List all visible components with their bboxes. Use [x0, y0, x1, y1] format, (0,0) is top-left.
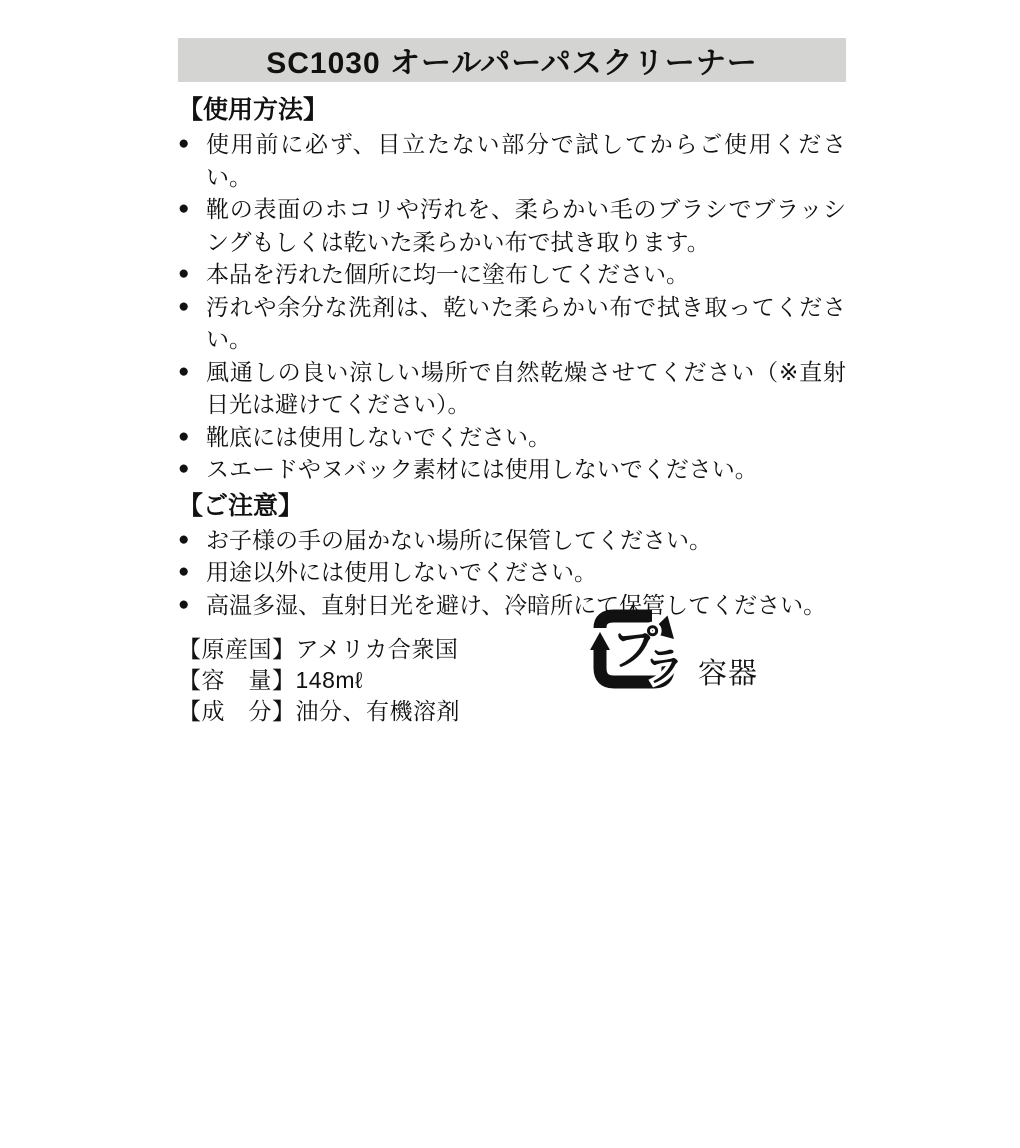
ingredients-label: 【成 分】: [178, 698, 296, 724]
info-line-ingredients: 【成 分】油分、有機溶剤: [178, 696, 846, 727]
bullet-icon: ●: [178, 128, 189, 161]
bullet-icon: ●: [178, 524, 189, 557]
usage-item: ●靴底には使用しないでください。: [178, 421, 846, 454]
caution-item: ●お子様の手の届かない場所に保管してください。: [178, 524, 846, 557]
usage-item: ●スエードやヌバック素材には使用しないでください。: [178, 453, 846, 486]
usage-item: ●靴の表面のホコリや汚れを、柔らかい毛のブラシでブラッシングもしくは乾いた柔らか…: [178, 193, 846, 258]
bullet-icon: ●: [178, 421, 189, 454]
recycle-mark-caption: 容器: [698, 651, 758, 692]
ingredients-value: 油分、有機溶剤: [296, 698, 461, 724]
caution-item-text: 用途以外には使用しないでください。: [206, 559, 597, 585]
bullet-icon: ●: [178, 193, 189, 226]
origin-value: アメリカ合衆国: [296, 636, 459, 662]
usage-item: ●風通しの良い涼しい場所で自然乾燥させてください（※直射日光は避けてください）。: [178, 356, 846, 421]
usage-item-text: スエードやヌバック素材には使用しないでください。: [206, 456, 758, 482]
product-label-page: SC1030 オールパーパスクリーナー 【使用方法】 ●使用前に必ず、目立たない…: [0, 0, 1020, 1148]
bullet-icon: ●: [178, 258, 189, 291]
usage-item-text: 靴底には使用しないでください。: [206, 424, 551, 450]
usage-list: ●使用前に必ず、目立たない部分で試してからご使用ください。 ●靴の表面のホコリや…: [178, 128, 846, 486]
caution-item: ●用途以外には使用しないでください。: [178, 556, 846, 589]
usage-item-text: 靴の表面のホコリや汚れを、柔らかい毛のブラシでブラッシングもしくは乾いた柔らかい…: [206, 196, 846, 255]
recycle-arrows-icon: プ ラ: [586, 598, 686, 698]
usage-item-text: 使用前に必ず、目立たない部分で試してからご使用ください。: [206, 131, 846, 190]
volume-label: 【容 量】: [178, 667, 296, 693]
caution-item-text: お子様の手の届かない場所に保管してください。: [206, 527, 712, 553]
recycle-mark-char2: ラ: [644, 645, 684, 689]
section-heading-usage: 【使用方法】: [178, 94, 846, 126]
product-title-bar: SC1030 オールパーパスクリーナー: [178, 38, 846, 82]
product-title: SC1030 オールパーパスクリーナー: [266, 38, 758, 82]
usage-item: ●汚れや余分な洗剤は、乾いた柔らかい布で拭き取ってください。: [178, 291, 846, 356]
bullet-icon: ●: [178, 356, 189, 389]
section-heading-caution: 【ご注意】: [178, 490, 846, 522]
origin-label: 【原産国】: [178, 636, 296, 662]
usage-item-text: 本品を汚れた個所に均一に塗布してください。: [206, 261, 689, 287]
volume-value: 148mℓ: [296, 667, 363, 693]
bullet-icon: ●: [178, 589, 189, 622]
usage-item-text: 汚れや余分な洗剤は、乾いた柔らかい布で拭き取ってください。: [206, 294, 846, 353]
bullet-icon: ●: [178, 291, 189, 324]
bullet-icon: ●: [178, 453, 189, 486]
bullet-icon: ●: [178, 556, 189, 589]
label-content: SC1030 オールパーパスクリーナー 【使用方法】 ●使用前に必ず、目立たない…: [178, 38, 846, 727]
usage-item: ●本品を汚れた個所に均一に塗布してください。: [178, 258, 846, 291]
usage-item: ●使用前に必ず、目立たない部分で試してからご使用ください。: [178, 128, 846, 193]
usage-item-text: 風通しの良い涼しい場所で自然乾燥させてください（※直射日光は避けてください）。: [206, 359, 846, 418]
plastic-recycling-mark: プ ラ 容器: [586, 598, 846, 698]
